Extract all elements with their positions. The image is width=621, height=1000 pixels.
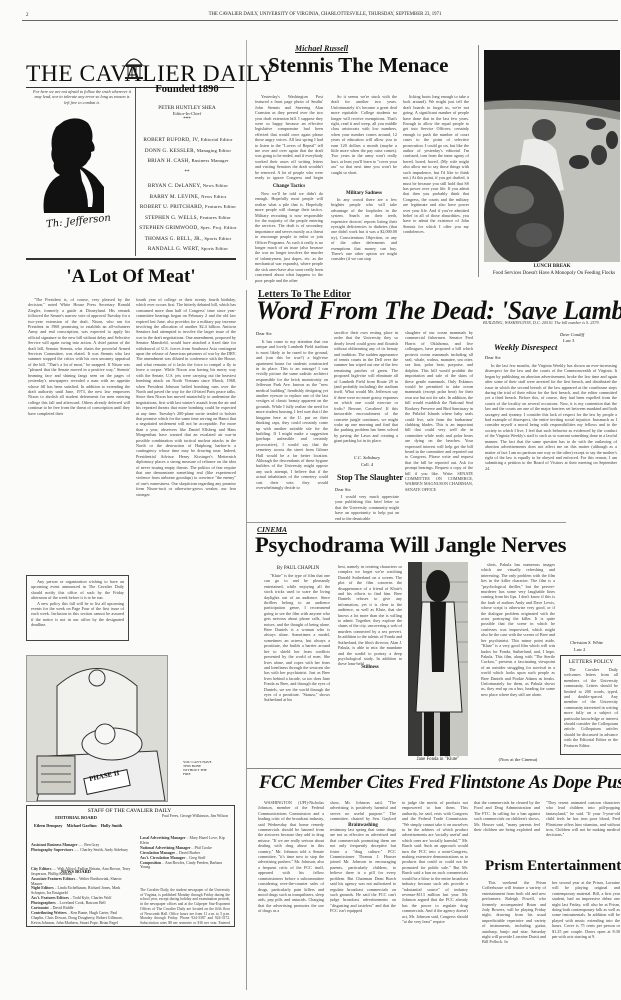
letter2-col3: slaughter of our ocean mammals by commer… <box>405 330 473 520</box>
letter2-salutation: Dear Sir: <box>335 487 351 492</box>
page-number: 2 <box>26 13 29 18</box>
editorial-col1: "The President is, of course, very pleas… <box>28 297 130 567</box>
editors-list: BRYAN C. DeLANEY, News Editor BARRY M. L… <box>137 181 239 255</box>
staff-left-rows: Assistant Business Manager ..... Ben Gra… <box>31 843 131 926</box>
staff-about-1: The Cavalier Daily, the student newspape… <box>140 888 230 906</box>
masthead-bottom-rule <box>26 258 236 260</box>
fcc-col4: that the commercials be cleared by the F… <box>474 800 540 832</box>
staff-row: BRIAN H. CASH, Business Manager <box>137 156 239 167</box>
letter1-col1: It has come to my attention that our uni… <box>256 339 328 519</box>
lunch-caption-title: LUNCH BREAK <box>484 264 620 269</box>
stennis-col1: Yesterday's Washington Post featured a f… <box>255 94 323 180</box>
klute-photo <box>408 562 468 756</box>
column-divider <box>246 40 247 280</box>
editorial-col2: fourth year of college or their twenty f… <box>136 297 236 587</box>
senior-staff: ROBERT BUFORD, IV, Editorial Editor DONN… <box>137 135 239 167</box>
staff-row: DONN G. KESSLER, Managing Editor <box>137 146 239 157</box>
staff-row: Contributing Writers .. Ken Bunte, Hugh … <box>31 911 131 926</box>
prism-headline: Prism Entertainment <box>485 858 621 875</box>
cinema-top-rule <box>246 522 566 523</box>
editorial-board-label: EDITORIAL BOARD <box>26 815 126 820</box>
staff-row: Night Editors .. Linda Eichelbaum, Richa… <box>31 886 131 896</box>
letter2-class: Law 3 <box>563 338 574 343</box>
lunch-break-photo <box>484 50 620 262</box>
letters-salutation: Dear Sir: <box>256 331 272 336</box>
cinema-subhead: Stillness <box>338 665 402 670</box>
stennis-col2b: In any crowd there are a few brighter pe… <box>331 197 397 279</box>
stennis-col3: licking boots long enough to take a look… <box>403 94 469 279</box>
editorial-board-names: Eileen Dempsey Michael Garfinn Holly Smi… <box>34 823 134 828</box>
letter2-headline: Stop The Slaughter <box>335 473 405 482</box>
klute-caption: Jane Fonda in "Klute" <box>408 757 468 762</box>
letter2-col4-top: BUILDING, WASHINGTON, D.C. 20510. The bi… <box>483 320 621 332</box>
stennis-subhead-1: Change Tactics <box>255 184 323 189</box>
cinema-col1: "Klute" is the type of film that one can… <box>264 573 330 768</box>
prism-col2: her second year at the Prism, Lorraine w… <box>552 880 620 950</box>
cinema-byline: By PAUL CHAPLIN <box>268 566 328 571</box>
letter2-signature: Dave Condiff <box>560 332 584 337</box>
founded-label: Founded 1890 <box>137 84 237 95</box>
fcc-col3: to judge the merits of products not empo… <box>402 800 468 985</box>
staff-row: BRYAN C. DeLANEY, News Editor <box>137 181 239 192</box>
cinema-headline: Psychodrama Will Jangle Nerves <box>255 532 566 558</box>
staff-row: BARRY M. LEVINE, News Editor <box>137 192 239 203</box>
stennis-subhead-2: Military Sadness <box>331 191 397 196</box>
fcc-top-rule <box>246 768 621 769</box>
stennis-byline: Michael Russell <box>295 44 395 53</box>
staff-row: RANDALL G. WERT, Sports Editor <box>137 244 239 255</box>
staff-row: Composition .. Ann Bowles, Cindy Peeden,… <box>140 861 230 871</box>
fcc-headline: FCC Member Cites Fred Flintstone As Dope… <box>259 773 621 794</box>
column-divider <box>246 290 247 990</box>
staff-row: STEPHEN G. WELLS, Features Editor <box>137 213 239 224</box>
staff-row: ROBERT U. PRITCHARD, Features Editor <box>137 202 239 213</box>
top-rule <box>22 20 618 21</box>
divider-stars-2: ** <box>137 170 237 175</box>
editor-in-chief-title: Editor-In-Chief <box>137 111 237 116</box>
letter1-class: Coll. 4 <box>335 462 399 467</box>
letters-policy-title: LETTERS POLICY <box>564 659 618 665</box>
letter3-class: Law 2 <box>574 647 585 652</box>
staff-right-top: Paul Frees, George Wilkinson, Jim Wilson <box>140 814 228 818</box>
letters-policy-text: The Cavalier Daily welcomes letters from… <box>564 667 618 752</box>
cartoon-wall-text: YOU CAN'T HAVE THIS BONE WITHOUT THE FIR… <box>183 760 213 776</box>
letter3-headline: Weekly Disrespect <box>494 342 557 352</box>
cinema-col3: shots, Pakula has numerous images which … <box>481 562 555 755</box>
letter1-col2: sacrifice their own resting place in ord… <box>334 330 398 452</box>
fcc-subhead: Brainwashing <box>330 823 396 828</box>
staff-row: Photography Supervisors ..... Charley Sm… <box>31 848 131 853</box>
photo-frame-left <box>478 45 479 277</box>
masthead-motto: For here we are not afraid to follow the… <box>32 89 132 105</box>
notice-para1: Any person or organization wishing to ha… <box>31 579 124 601</box>
fcc-col1: WASHINGTON (UPI)-Nicholas Johnson, membe… <box>258 800 324 985</box>
editorial-headline: 'A Lot Of Meat' <box>26 266 236 288</box>
staff-row: Local Advertising Manager .. Mary Hazel … <box>140 836 230 846</box>
letter1-signature: C.C. Salisbury <box>335 455 399 460</box>
notice-box: Any person or organization wishing to ha… <box>26 575 129 641</box>
staff-row: City Editors .... Walt Alford, Fadlon Br… <box>31 867 131 877</box>
editorial-cartoon: PHASE II <box>26 655 168 802</box>
staff-right-rows: Local Advertising Manager .. Mary Hazel … <box>140 836 230 870</box>
fcc-col5: "They resent animated cartoon characters… <box>546 800 620 852</box>
staff-row: THOMAS G. BELL, JR., Sports Editor <box>137 234 239 245</box>
letter2-col2: I would very much appreciate your publis… <box>335 494 399 520</box>
jefferson-signature: Th: Jefferson <box>46 213 112 231</box>
letters-policy-box: LETTERS POLICY The Cavalier Daily welcom… <box>560 655 621 755</box>
running-head: THE CAVALIER DAILY, UNIVERSITY OF VIRGIN… <box>155 12 495 17</box>
notice-para2: A new policy this fall will be to list a… <box>31 601 124 628</box>
lunch-caption-text: Food Services Doesn't Have A Monopoly On… <box>484 271 621 276</box>
divider-stars: *** <box>137 117 237 122</box>
letter3-salutation: Dear Sir: <box>485 355 501 360</box>
cinema-note: (Now at the Cinema) <box>481 757 555 762</box>
stennis-headline: Stennis The Menace <box>268 53 448 78</box>
jefferson-silhouette <box>42 117 104 213</box>
staff-row: ROBERT BUFORD, IV, Editorial Editor <box>137 135 239 146</box>
staff-row: STEPHEN GRIMWOOD, Spec. Proj. Editor <box>137 223 239 234</box>
stennis-col2: So it seems we're stuck with the draft f… <box>331 94 397 186</box>
masthead-divider <box>135 88 136 256</box>
rotunda-emblem-icon <box>123 55 145 81</box>
staff-row: Associate Features Editors .. Walter Bar… <box>31 877 131 887</box>
letter3-signature: Christian S. White <box>570 640 603 645</box>
prism-col1: This weekend the Prism Coffeehouse will … <box>482 880 546 950</box>
staff-about-2: Offices of The Cavalier Daily are locate… <box>140 907 230 924</box>
